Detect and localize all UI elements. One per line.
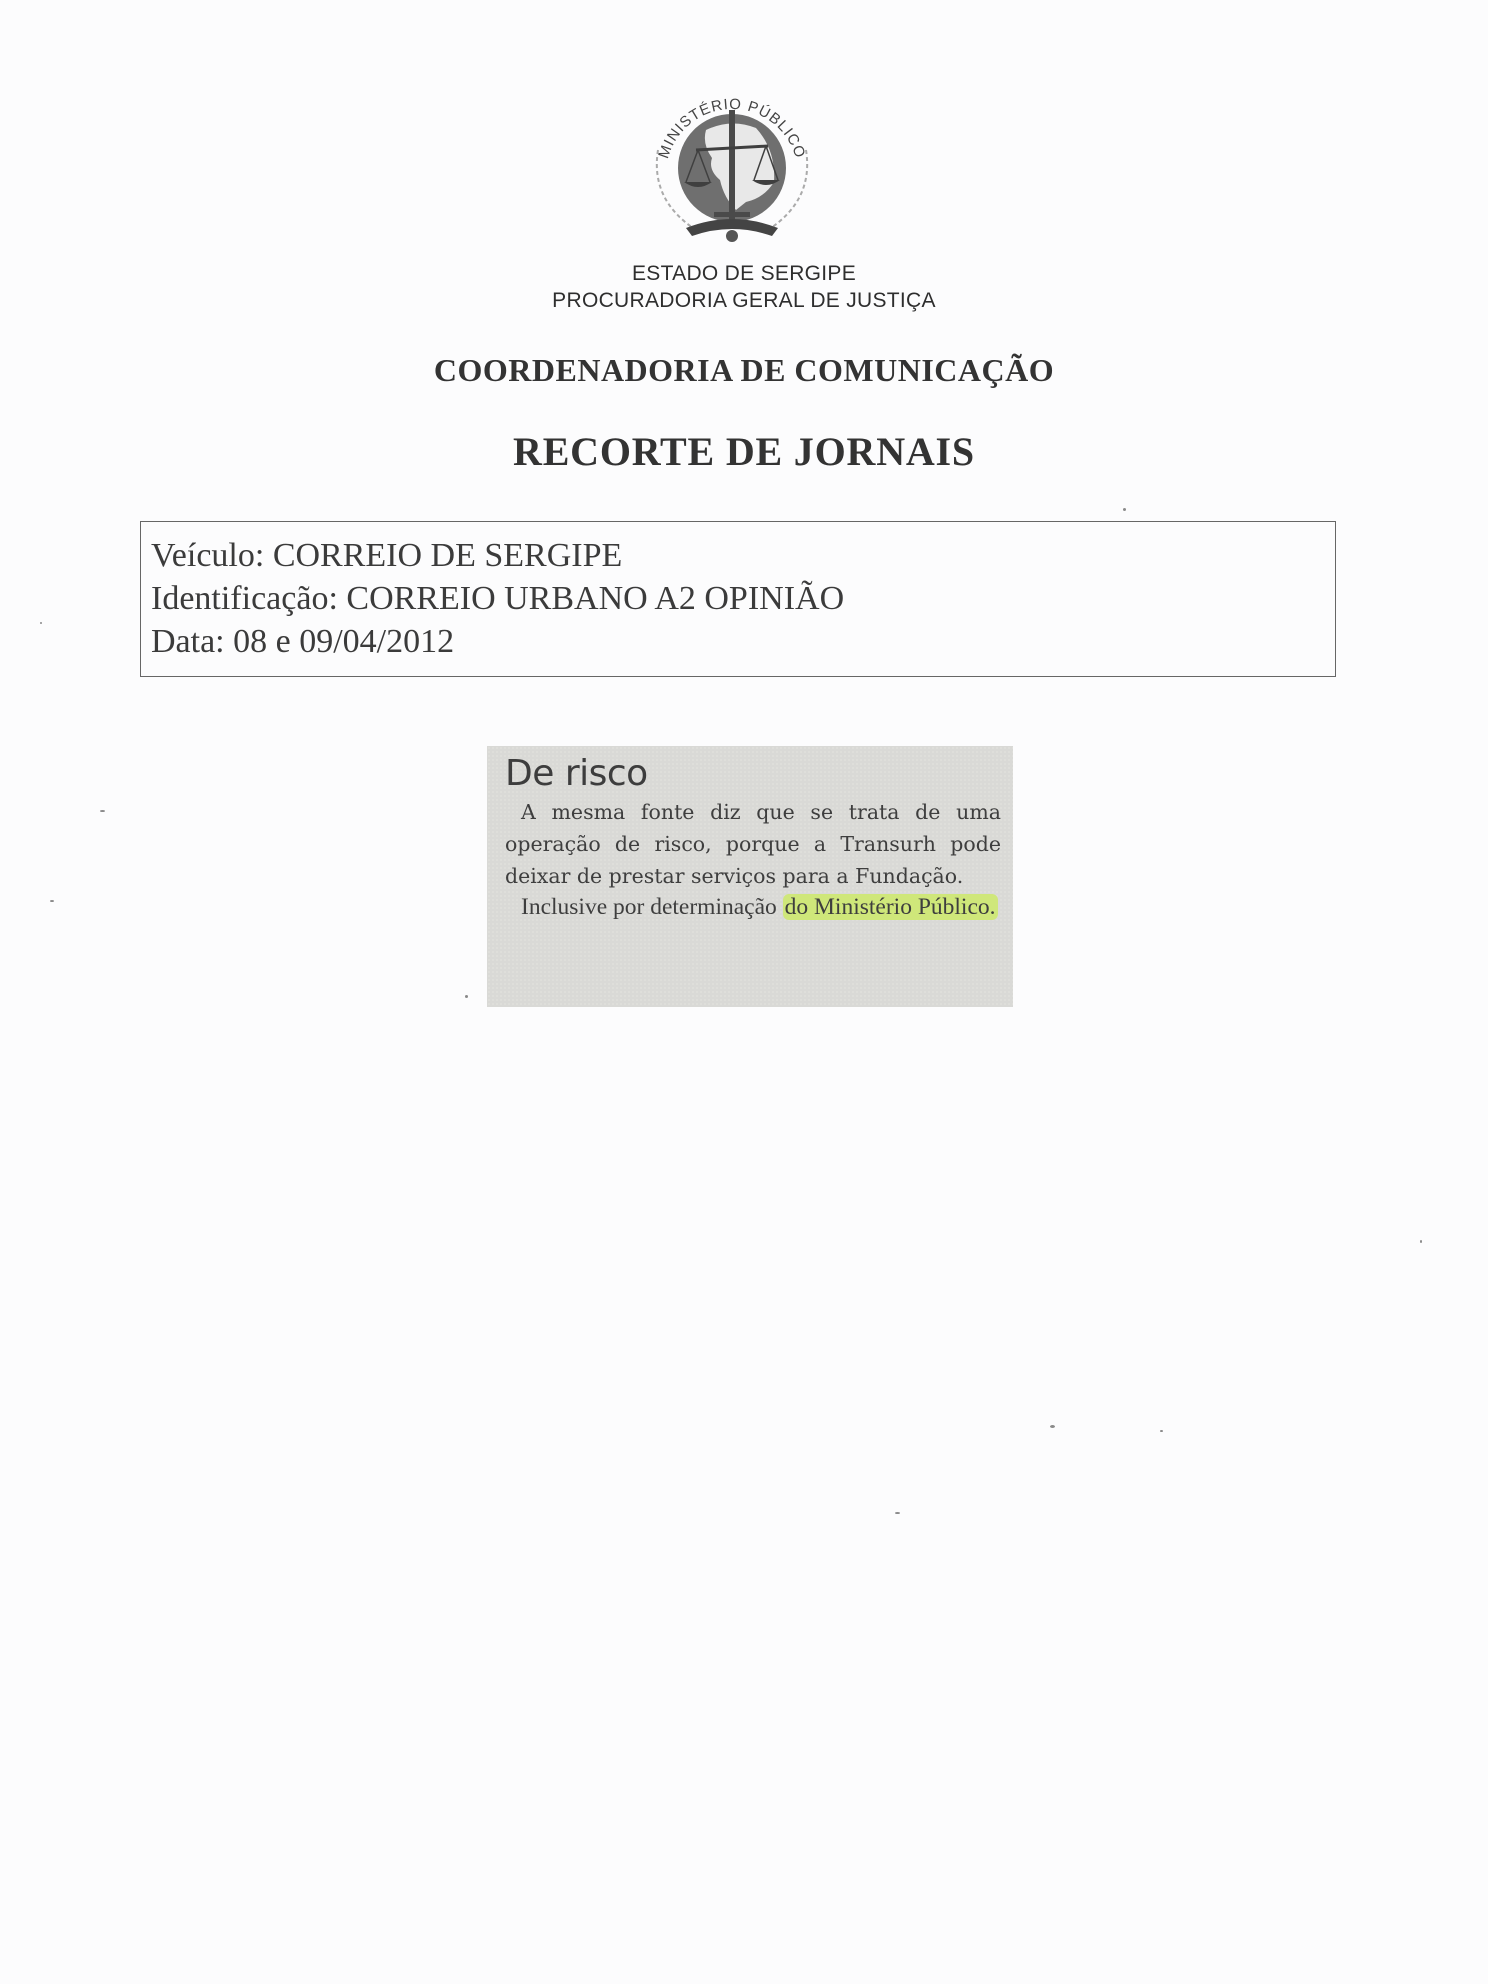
department-name: COORDENADORIA DE COMUNICAÇÃO [0,352,1488,389]
scan-speck [465,995,468,998]
scan-speck [1160,1430,1163,1432]
date-value: 08 e 09/04/2012 [233,623,454,660]
vehicle-label: Veículo: [151,537,264,574]
vehicle-value: CORREIO DE SERGIPE [273,537,622,574]
scan-speck [1420,1240,1422,1243]
vehicle-line: Veículo: CORREIO DE SERGIPE [151,534,1335,577]
clipping-headline: De risco [505,754,1001,794]
scan-speck [50,900,54,902]
scan-speck [100,810,105,812]
ministerio-publico-seal-icon: MINISTÉRIO PÚBLICO [636,70,828,248]
identification-line: Identificação: CORREIO URBANO A2 OPINIÃO [151,577,1335,620]
clipping-paragraph-1: A mesma fonte diz que se trata de uma op… [505,796,1001,892]
date-label: Data: [151,623,225,660]
page-title: RECORTE DE JORNAIS [0,428,1488,475]
state-name: ESTADO DE SERGIPE [0,262,1488,286]
scan-speck [1050,1425,1055,1428]
scan-speck [895,1512,900,1514]
clipping-paragraph-2: Inclusive por determinação do Ministério… [505,892,1001,923]
scan-speck [1123,508,1126,511]
newspaper-clipping: De risco A mesma fonte diz que se trata … [487,746,1013,1007]
identification-value: CORREIO URBANO A2 OPINIÃO [346,580,844,617]
clipping-metadata-box: Veículo: CORREIO DE SERGIPE Identificaçã… [140,521,1336,677]
identification-label: Identificação: [151,580,338,617]
highlighted-text: do Ministério Público. [783,894,998,920]
date-line: Data: 08 e 09/04/2012 [151,620,1335,663]
office-name: PROCURADORIA GERAL DE JUSTIÇA [0,289,1488,313]
scan-speck [40,622,42,624]
clipping-paragraph-2-text: Inclusive por determinação [521,894,783,920]
